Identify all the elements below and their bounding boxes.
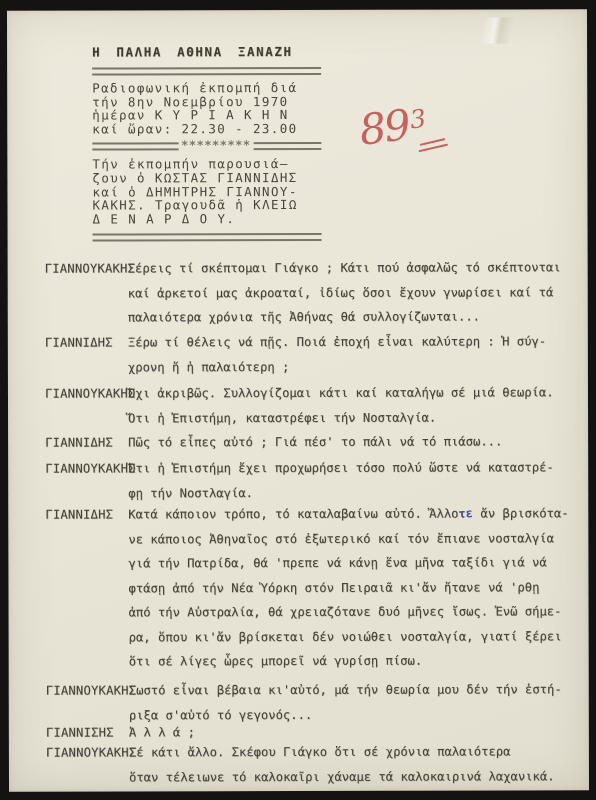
speech-lines: Ὄχι ἀκριβῶς. Συλλογίζομαι κάτι καί καταλ… — [128, 380, 575, 430]
dialogue-line: Ξέρεις τί σκέπτομαι Γιάγκο ; Κάτι πού ἀσ… — [128, 255, 575, 281]
speaker-name: ΓΙΑΝΝΟΥΚΑΚΗΣ — [45, 256, 136, 281]
dialogue-block: ΓΙΑΝΝΟΥΚΑΚΗΣὍτι ἡ Ἐπιστήμη ἔχει προχωρήσ… — [45, 455, 575, 505]
dialogue-block: ΓΙΑΝΝΟΥΚΑΚΗΣΣέ κάτι ἄλλο. Σκέφου Γιάγκο … — [46, 739, 576, 789]
dialogue-line: Σέ κάτι ἄλλο. Σκέφου Γιάγκο ὅτι σέ χρόνι… — [129, 739, 576, 765]
speech-lines: Κατά κάποιον τρόπο, τό καταλαβαίνω αὐτό.… — [128, 501, 575, 674]
speaker-name: ΓΙΑΝΝΙΔΗΣ — [45, 430, 113, 455]
typewritten-page: Η ΠΑΛΗΑ ΑΘΗΝΑ ΞΑΝΑΖΗ Ραδιοφωνική ἐκπομπή… — [7, 9, 589, 792]
dialogue-block: ΓΙΑΝΝΟΥΚΑΚΗΣὌχι ἀκριβῶς. Συλλογίζομαι κά… — [45, 380, 575, 430]
speaker-name: ΓΙΑΝΝΟΥΚΑΚΗΣ — [46, 740, 137, 765]
speaker-name: ΓΙΑΝΝΟΥΚΑΚΗΣ — [46, 678, 137, 703]
speaker-name: ΓΙΑΝΝΟΥΚΑΚΗΣ — [45, 381, 136, 406]
speaker-name: ΓΙΑΝΝΙΔΗΣ — [45, 502, 113, 527]
speaker-name: ΓΙΑΝΝΙΔΗΣ — [45, 330, 113, 355]
dialogue-line: ἀπό τήν Αὐστραλία, θά χρειαζότανε δυό μῆ… — [129, 599, 576, 625]
dialogue: ΓΙΑΝΝΟΥΚΑΚΗΣΞέρεις τί σκέπτομαι Γιάγκο ;… — [7, 9, 589, 792]
scan-background: Η ΠΑΛΗΑ ΑΘΗΝΑ ΞΑΝΑΖΗ Ραδιοφωνική ἐκπομπή… — [0, 0, 596, 800]
dialogue-line: Ὄχι ἀκριβῶς. Συλλογίζομαι κάτι καί καταλ… — [128, 380, 575, 406]
dialogue-line: Πῶς τό εἶπες αὐτό ; Γιά πέσ' το πάλι νά … — [128, 429, 575, 455]
speech-lines: Ξέρεις τί σκέπτομαι Γιάγκο ; Κάτι πού ἀσ… — [128, 255, 575, 330]
dialogue-line: φτάσῃ ἀπό τήν Νέα Ὑόρκη στόν Πειραιᾶ κι'… — [128, 575, 575, 601]
dialogue-line: Κατά κάποιον τρόπο, τό καταλαβαίνω αὐτό.… — [128, 501, 575, 527]
dialogue-line: ρα, ὅπου κι'ἄν βρίσκεται δέν νοιώθει νοσ… — [129, 624, 576, 650]
speech-lines: Ξέρω τί θέλεις νά πῇς. Ποιά ἐποχή εἶναι … — [128, 329, 575, 379]
dialogue-line: Ὅτι ἡ Ἐπιστήμη ἔχει προχωρήσει τόσο πολύ… — [128, 455, 575, 481]
dialogue-line: ὅταν τέλειωνε τό καλοκαῖρι χάναμε τά καλ… — [129, 764, 576, 790]
speech-lines: Ὅτι ἡ Ἐπιστήμη ἔχει προχωρήσει τόσο πολύ… — [128, 455, 575, 505]
dialogue-line: Ξέρω τί θέλεις νά πῇς. Ποιά ἐποχή εἶναι … — [128, 329, 575, 355]
handwritten-correction: τε — [458, 501, 474, 526]
speech-lines: Πῶς τό εἶπες αὐτό ; Γιά πέσ' το πάλι νά … — [128, 429, 575, 455]
dialogue-line: νε κάποιος Ἀθηναῖος στό ἐξωτερικό καί τό… — [128, 526, 575, 552]
speaker-name: ΓΙΑΝΝΟΥΚΑΚΗΣ — [45, 456, 136, 481]
speech-lines: Σέ κάτι ἄλλο. Σκέφου Γιάγκο ὅτι σέ χρόνι… — [129, 739, 576, 789]
dialogue-line: γιά τήν Πατρίδα, θά 'πρεπε νά κάνῃ ἕνα μ… — [128, 550, 575, 576]
dialogue-block: ΓΙΑΝΝΟΥΚΑΚΗΣΞέρεις τί σκέπτομαι Γιάγκο ;… — [45, 255, 575, 330]
dialogue-line: Σωστό εἶναι βέβαια κι'αὐτό, μά τήν θεωρί… — [129, 677, 576, 703]
dialogue-line: Ὅτι ἡ Ἐπιστήμη, καταστρέφει τήν Νοσταλγί… — [128, 405, 575, 431]
dialogue-line: παλαιότερα χρόνια τῆς Ἀθήνας θά συλλογίζ… — [128, 304, 575, 330]
dialogue-line: χρονη ἤ ἡ παλαιότερη ; — [128, 354, 575, 380]
dialogue-line: ὅτι σέ λίγες ὧρες μπορεῖ νά γυρίσῃ πίσω. — [129, 648, 576, 674]
dialogue-block: ΓΙΑΝΝΙΔΗΣΞέρω τί θέλεις νά πῇς. Ποιά ἐπο… — [45, 329, 575, 379]
dialogue-block: ΓΙΑΝΝΙΔΗΣΠῶς τό εἶπες αὐτό ; Γιά πέσ' το… — [45, 429, 575, 455]
dialogue-block: ΓΙΑΝΝΙΔΗΣΚατά κάποιον τρόπο, τό καταλαβα… — [45, 501, 575, 674]
dialogue-line: καί ἀρκετοί μας ἀκροαταί, ἰδίως ὅσοι ἔχο… — [128, 280, 575, 306]
